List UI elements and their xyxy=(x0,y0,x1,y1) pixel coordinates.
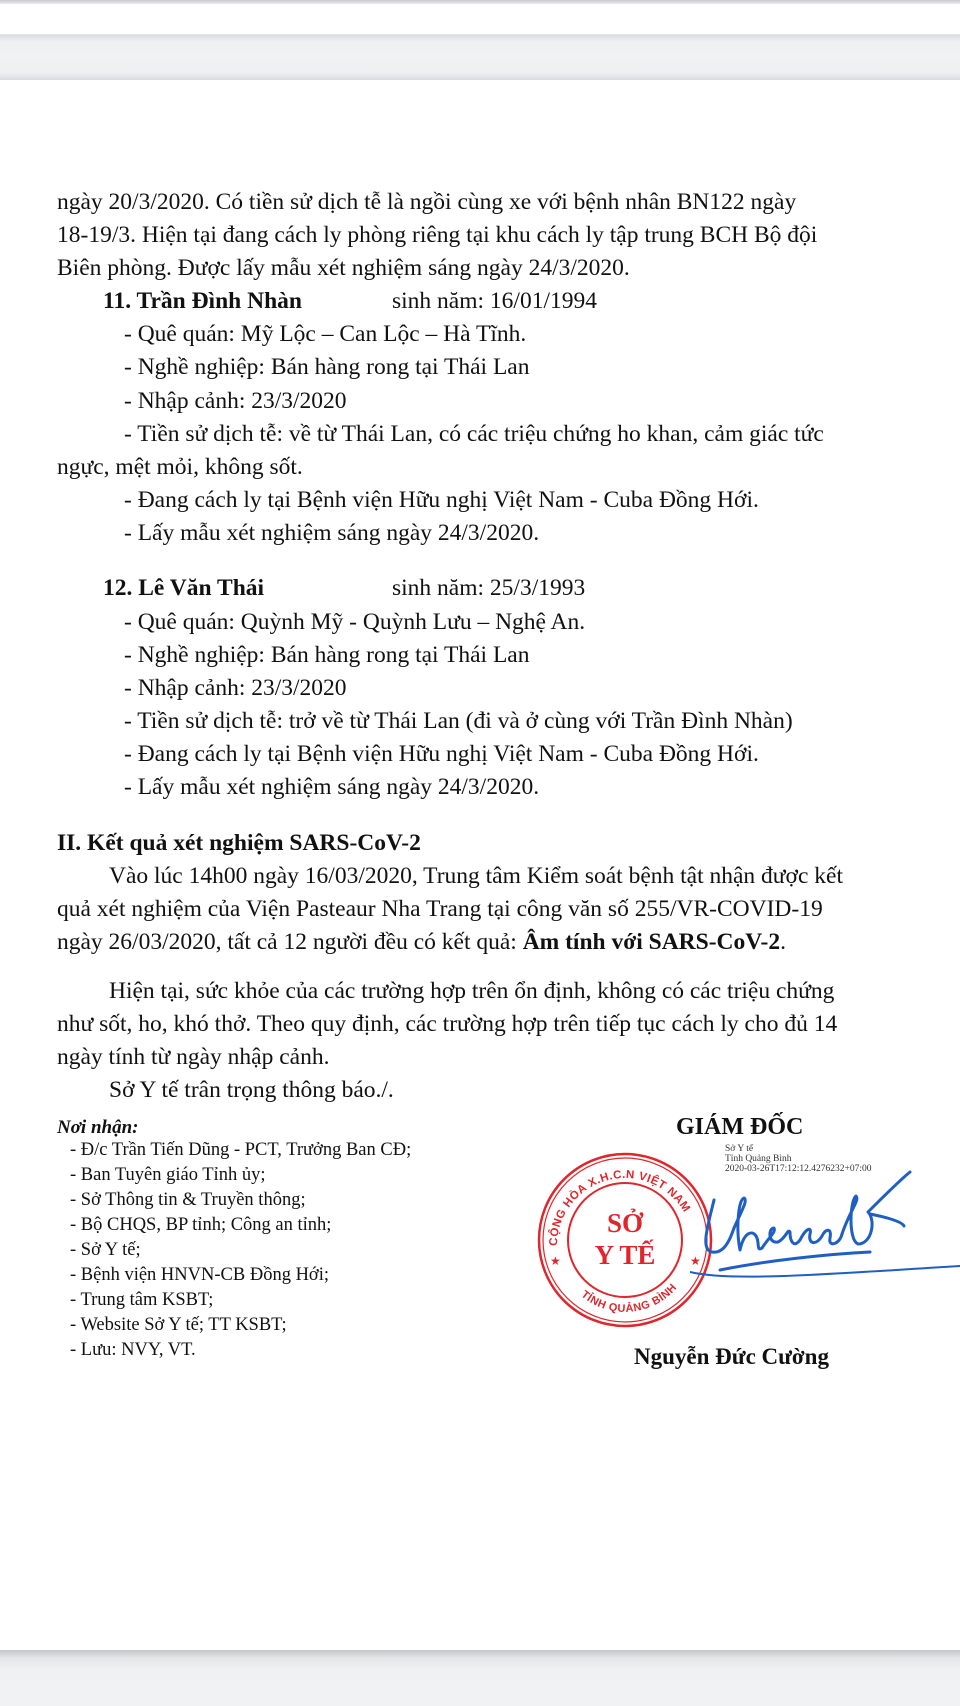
person-12-heading: 12. Lê Văn Thái xyxy=(103,573,264,603)
person-11-entry: - Nhập cảnh: 23/3/2020 xyxy=(124,386,347,416)
person-11-sample: - Lấy mẫu xét nghiệm sáng ngày 24/3/2020… xyxy=(124,518,539,548)
stamp-text-bottom: TỈNH QUẢNG BÌNH xyxy=(579,1282,679,1315)
recipient-item: - Bệnh viện HNVN-CB Đồng Hới; xyxy=(70,1264,329,1286)
para1-line3-text: ngày 26/03/2020, tất cả 12 người đều có … xyxy=(57,929,523,955)
stamp-center-1: SỞ xyxy=(607,1208,644,1238)
person-11-isolation: - Đang cách ly tại Bệnh viện Hữu nghị Vi… xyxy=(124,485,759,515)
handwritten-signature-icon xyxy=(690,1170,960,1300)
person-12-entry: - Nhập cảnh: 23/3/2020 xyxy=(124,673,347,703)
recipients-title: Nơi nhận: xyxy=(57,1117,138,1139)
section-2-para2-line2: như sốt, ho, khó thở. Theo quy định, các… xyxy=(57,1009,837,1039)
section-2-para2-line1: Hiện tại, sức khỏe của các trường hợp tr… xyxy=(109,976,834,1006)
section-2-para2-line3: ngày tính từ ngày nhập cảnh. xyxy=(57,1042,329,1072)
recipient-item: - Đ/c Trần Tiến Dũng - PCT, Trưởng Ban C… xyxy=(70,1139,411,1161)
closing-line: Sở Y tế trân trọng thông báo./. xyxy=(109,1075,394,1105)
svg-text:TỈNH QUẢNG BÌNH: TỈNH QUẢNG BÌNH xyxy=(579,1282,679,1315)
recipient-item: - Lưu: NVY, VT. xyxy=(70,1339,196,1361)
official-stamp-icon: CỘNG HÒA X.H.C.N VIỆT NAM TỈNH QUẢNG BÌN… xyxy=(535,1150,715,1330)
person-12-dob: sinh năm: 25/3/1993 xyxy=(392,573,585,603)
person-11-history-1: - Tiền sử dịch tễ: về từ Thái Lan, có cá… xyxy=(124,419,824,449)
digisig-org: Sở Y tế xyxy=(725,1144,872,1154)
recipient-item: - Trung tâm KSBT; xyxy=(70,1289,213,1311)
person-12-sample: - Lấy mẫu xét nghiệm sáng ngày 24/3/2020… xyxy=(124,772,539,802)
person-11-dob: sinh năm: 16/01/1994 xyxy=(392,286,597,316)
intro-line-2: 18-19/3. Hiện tại đang cách ly phòng riê… xyxy=(57,220,817,250)
person-12-isolation: - Đang cách ly tại Bệnh viện Hữu nghị Vi… xyxy=(124,739,759,769)
recipient-item: - Website Sở Y tế; TT KSBT; xyxy=(70,1314,287,1336)
viewer-toolbar xyxy=(0,34,960,81)
result-period: . xyxy=(780,929,786,955)
recipient-item: - Sở Y tế; xyxy=(70,1239,141,1261)
section-2-para1-line1: Vào lúc 14h00 ngày 16/03/2020, Trung tâm… xyxy=(109,861,843,891)
person-12-occupation: - Nghề nghiệp: Bán hàng rong tại Thái La… xyxy=(124,640,530,670)
person-12-history: - Tiền sử dịch tễ: trở về từ Thái Lan (đ… xyxy=(124,706,793,736)
signature-title: GIÁM ĐỐC xyxy=(676,1113,803,1141)
test-result: Âm tính với SARS-CoV-2 xyxy=(523,929,780,955)
intro-line-1: ngày 20/3/2020. Có tiền sử dịch tễ là ng… xyxy=(57,187,796,217)
person-11-history-2: ngực, mệt mỏi, không sốt. xyxy=(57,452,303,482)
viewer-bottom-bar xyxy=(0,1650,960,1706)
recipient-item: - Ban Tuyên giáo Tỉnh ủy; xyxy=(70,1164,265,1186)
section-2-title: II. Kết quả xét nghiệm SARS-CoV-2 xyxy=(57,828,421,858)
person-11-occupation: - Nghề nghiệp: Bán hàng rong tại Thái La… xyxy=(124,352,530,382)
stamp-center-2: Y TẾ xyxy=(595,1239,656,1270)
recipient-item: - Bộ CHQS, BP tỉnh; Công an tỉnh; xyxy=(70,1214,331,1236)
svg-text:★: ★ xyxy=(550,1254,561,1268)
digisig-province: Tỉnh Quảng Bình xyxy=(725,1154,872,1164)
person-11-hometown: - Quê quán: Mỹ Lộc – Can Lộc – Hà Tĩnh. xyxy=(124,319,526,349)
intro-line-3: Biên phòng. Được lấy mẫu xét nghiệm sáng… xyxy=(57,253,630,283)
section-2-para1-line2: quả xét nghiệm của Viện Pasteaur Nha Tra… xyxy=(57,894,823,924)
section-2-para1-line3: ngày 26/03/2020, tất cả 12 người đều có … xyxy=(57,927,786,957)
top-edge xyxy=(0,0,960,4)
recipient-item: - Sở Thông tin & Truyền thông; xyxy=(70,1189,306,1211)
person-12-hometown: - Quê quán: Quỳnh Mỹ - Quỳnh Lưu – Nghệ … xyxy=(124,607,585,637)
person-11-heading: 11. Trần Đình Nhàn xyxy=(103,286,302,316)
signer-name: Nguyễn Đức Cường xyxy=(634,1343,829,1371)
